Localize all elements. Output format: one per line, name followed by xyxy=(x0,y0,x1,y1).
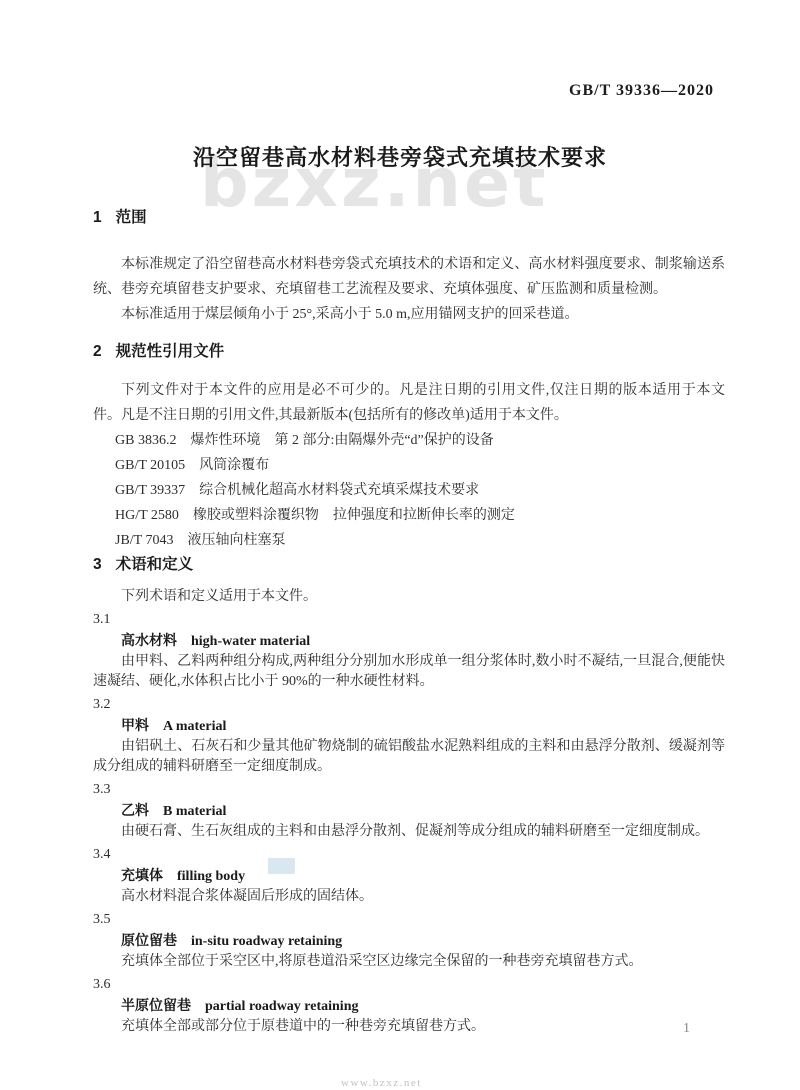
term-english: in-situ roadway retaining xyxy=(191,934,342,949)
term-definition: 充填体全部位于采空区中,将原巷道沿采空区边缘完全保留的一种巷旁充填留巷方式。 xyxy=(93,952,725,972)
term-definition: 高水材料混合浆体凝固后形成的固结体。 xyxy=(93,887,725,907)
reference-item: JB/T 7043 液压轴向柱塞泵 xyxy=(93,528,725,553)
reference-item: GB 3836.2 爆炸性环境 第 2 部分:由隔爆外壳“d”保护的设备 xyxy=(93,428,725,453)
scope-paragraph: 本标准规定了沿空留巷高水材料巷旁袋式充填技术的术语和定义、高水材料强度要求、制浆… xyxy=(93,252,725,302)
section-title: 规范性引用文件 xyxy=(116,343,225,360)
term-definition: 由铝矾土、石灰石和少量其他矿物烧制的硫铝酸盐水泥熟料组成的主料和由悬浮分散剂、缓… xyxy=(93,737,725,777)
term-number: 3.2 xyxy=(93,695,725,715)
section-number: 3 xyxy=(93,556,102,573)
term-heading: 甲料A material xyxy=(93,715,725,737)
term-definition: 充填体全部或部分位于原巷道中的一种巷旁充填留巷方式。 xyxy=(93,1017,725,1037)
document-page: GB/T 39336—2020 bzxz.net 沿空留巷高水材料巷旁袋式充填技… xyxy=(0,0,800,1090)
standard-number: GB/T 39336—2020 xyxy=(569,82,714,100)
section-number: 1 xyxy=(93,209,102,226)
term-number: 3.6 xyxy=(93,975,725,995)
term-english: B material xyxy=(163,804,226,819)
term-chinese: 高水材料 xyxy=(121,632,177,648)
term-heading: 高水材料high-water material xyxy=(93,630,725,652)
term-english: partial roadway retaining xyxy=(205,999,359,1014)
reference-item: HG/T 2580 橡胶或塑料涂覆织物 拉伸强度和拉断伸长率的测定 xyxy=(93,503,725,528)
scope-paragraph: 本标准适用于煤层倾角小于 25°,采高小于 5.0 m,应用锚网支护的回采巷道。 xyxy=(93,302,725,327)
term-heading: 原位留巷in-situ roadway retaining xyxy=(93,930,725,952)
term-chinese: 充填体 xyxy=(121,867,163,883)
document-title: 沿空留巷高水材料巷旁袋式充填技术要求 xyxy=(0,141,800,172)
term-english: high-water material xyxy=(191,634,310,649)
term-entry: 3.2 甲料A material 由铝矾土、石灰石和少量其他矿物烧制的硫铝酸盐水… xyxy=(93,695,725,777)
term-entry: 3.3 乙料B material 由硬石膏、生石灰组成的主料和由悬浮分散剂、促凝… xyxy=(93,780,725,842)
section-title: 范围 xyxy=(116,209,147,226)
section-title: 术语和定义 xyxy=(116,556,194,573)
term-chinese: 半原位留巷 xyxy=(121,997,191,1013)
section-number: 2 xyxy=(93,343,102,360)
term-definition: 由甲料、乙料两种组分构成,两种组分分别加水形成单一组分浆体时,数小时不凝结,一旦… xyxy=(93,652,725,692)
term-number: 3.3 xyxy=(93,780,725,800)
references-intro: 下列文件对于本文件的应用是必不可少的。凡是注日期的引用文件,仅注日期的版本适用于… xyxy=(93,378,725,428)
term-chinese: 甲料 xyxy=(121,717,149,733)
term-entry: 3.6 半原位留巷partial roadway retaining 充填体全部… xyxy=(93,975,725,1037)
footer-faint-text: www.bzxz.net xyxy=(341,1077,422,1089)
term-english: A material xyxy=(163,719,226,734)
term-chinese: 原位留巷 xyxy=(121,932,177,948)
term-entry: 3.4 充填体filling body 高水材料混合浆体凝固后形成的固结体。 xyxy=(93,845,725,907)
document-body: 1范围 本标准规定了沿空留巷高水材料巷旁袋式充填技术的术语和定义、高水材料强度要… xyxy=(93,208,725,1037)
reference-item: GB/T 20105 风筒涂覆布 xyxy=(93,453,725,478)
term-heading: 半原位留巷partial roadway retaining xyxy=(93,995,725,1017)
term-number: 3.4 xyxy=(93,845,725,865)
section-scope-heading: 1范围 xyxy=(93,208,725,228)
term-heading: 充填体filling body xyxy=(93,865,725,887)
term-definition: 由硬石膏、生石灰组成的主料和由悬浮分散剂、促凝剂等成分组成的辅料研磨至一定细度制… xyxy=(93,822,725,842)
term-english: filling body xyxy=(177,869,245,884)
section-terms-heading: 3术语和定义 xyxy=(93,555,725,575)
terms-intro: 下列术语和定义适用于本文件。 xyxy=(93,587,725,607)
section-references-heading: 2规范性引用文件 xyxy=(93,342,725,362)
term-entry: 3.1 高水材料high-water material 由甲料、乙料两种组分构成… xyxy=(93,610,725,692)
term-number: 3.5 xyxy=(93,910,725,930)
page-number: 1 xyxy=(683,1021,690,1037)
term-number: 3.1 xyxy=(93,610,725,630)
reference-item: GB/T 39337 综合机械化超高水材料袋式充填采煤技术要求 xyxy=(93,478,725,503)
term-entry: 3.5 原位留巷in-situ roadway retaining 充填体全部位… xyxy=(93,910,725,972)
term-heading: 乙料B material xyxy=(93,800,725,822)
term-chinese: 乙料 xyxy=(121,802,149,818)
